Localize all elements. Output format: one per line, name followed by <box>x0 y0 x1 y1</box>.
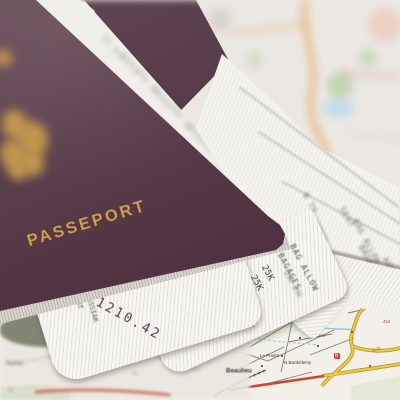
map-road-number: 75 <box>132 372 137 377</box>
map-label: N.Barthélemy <box>284 361 311 366</box>
french-emblem-icon <box>8 162 28 180</box>
map-label-town: Beaulieu <box>226 368 252 374</box>
map-road-number: 454 <box>383 320 390 324</box>
photo-scene: la Sommer de Beaul Pommier Le Poulet N.B… <box>0 0 400 400</box>
map-label: Bonnay <box>6 361 23 366</box>
map-label: Le Poulet <box>260 354 279 359</box>
map-road-number: 22 <box>8 388 13 393</box>
map-label: KM <box>319 334 325 338</box>
map-route-badge: 6 <box>334 353 339 358</box>
